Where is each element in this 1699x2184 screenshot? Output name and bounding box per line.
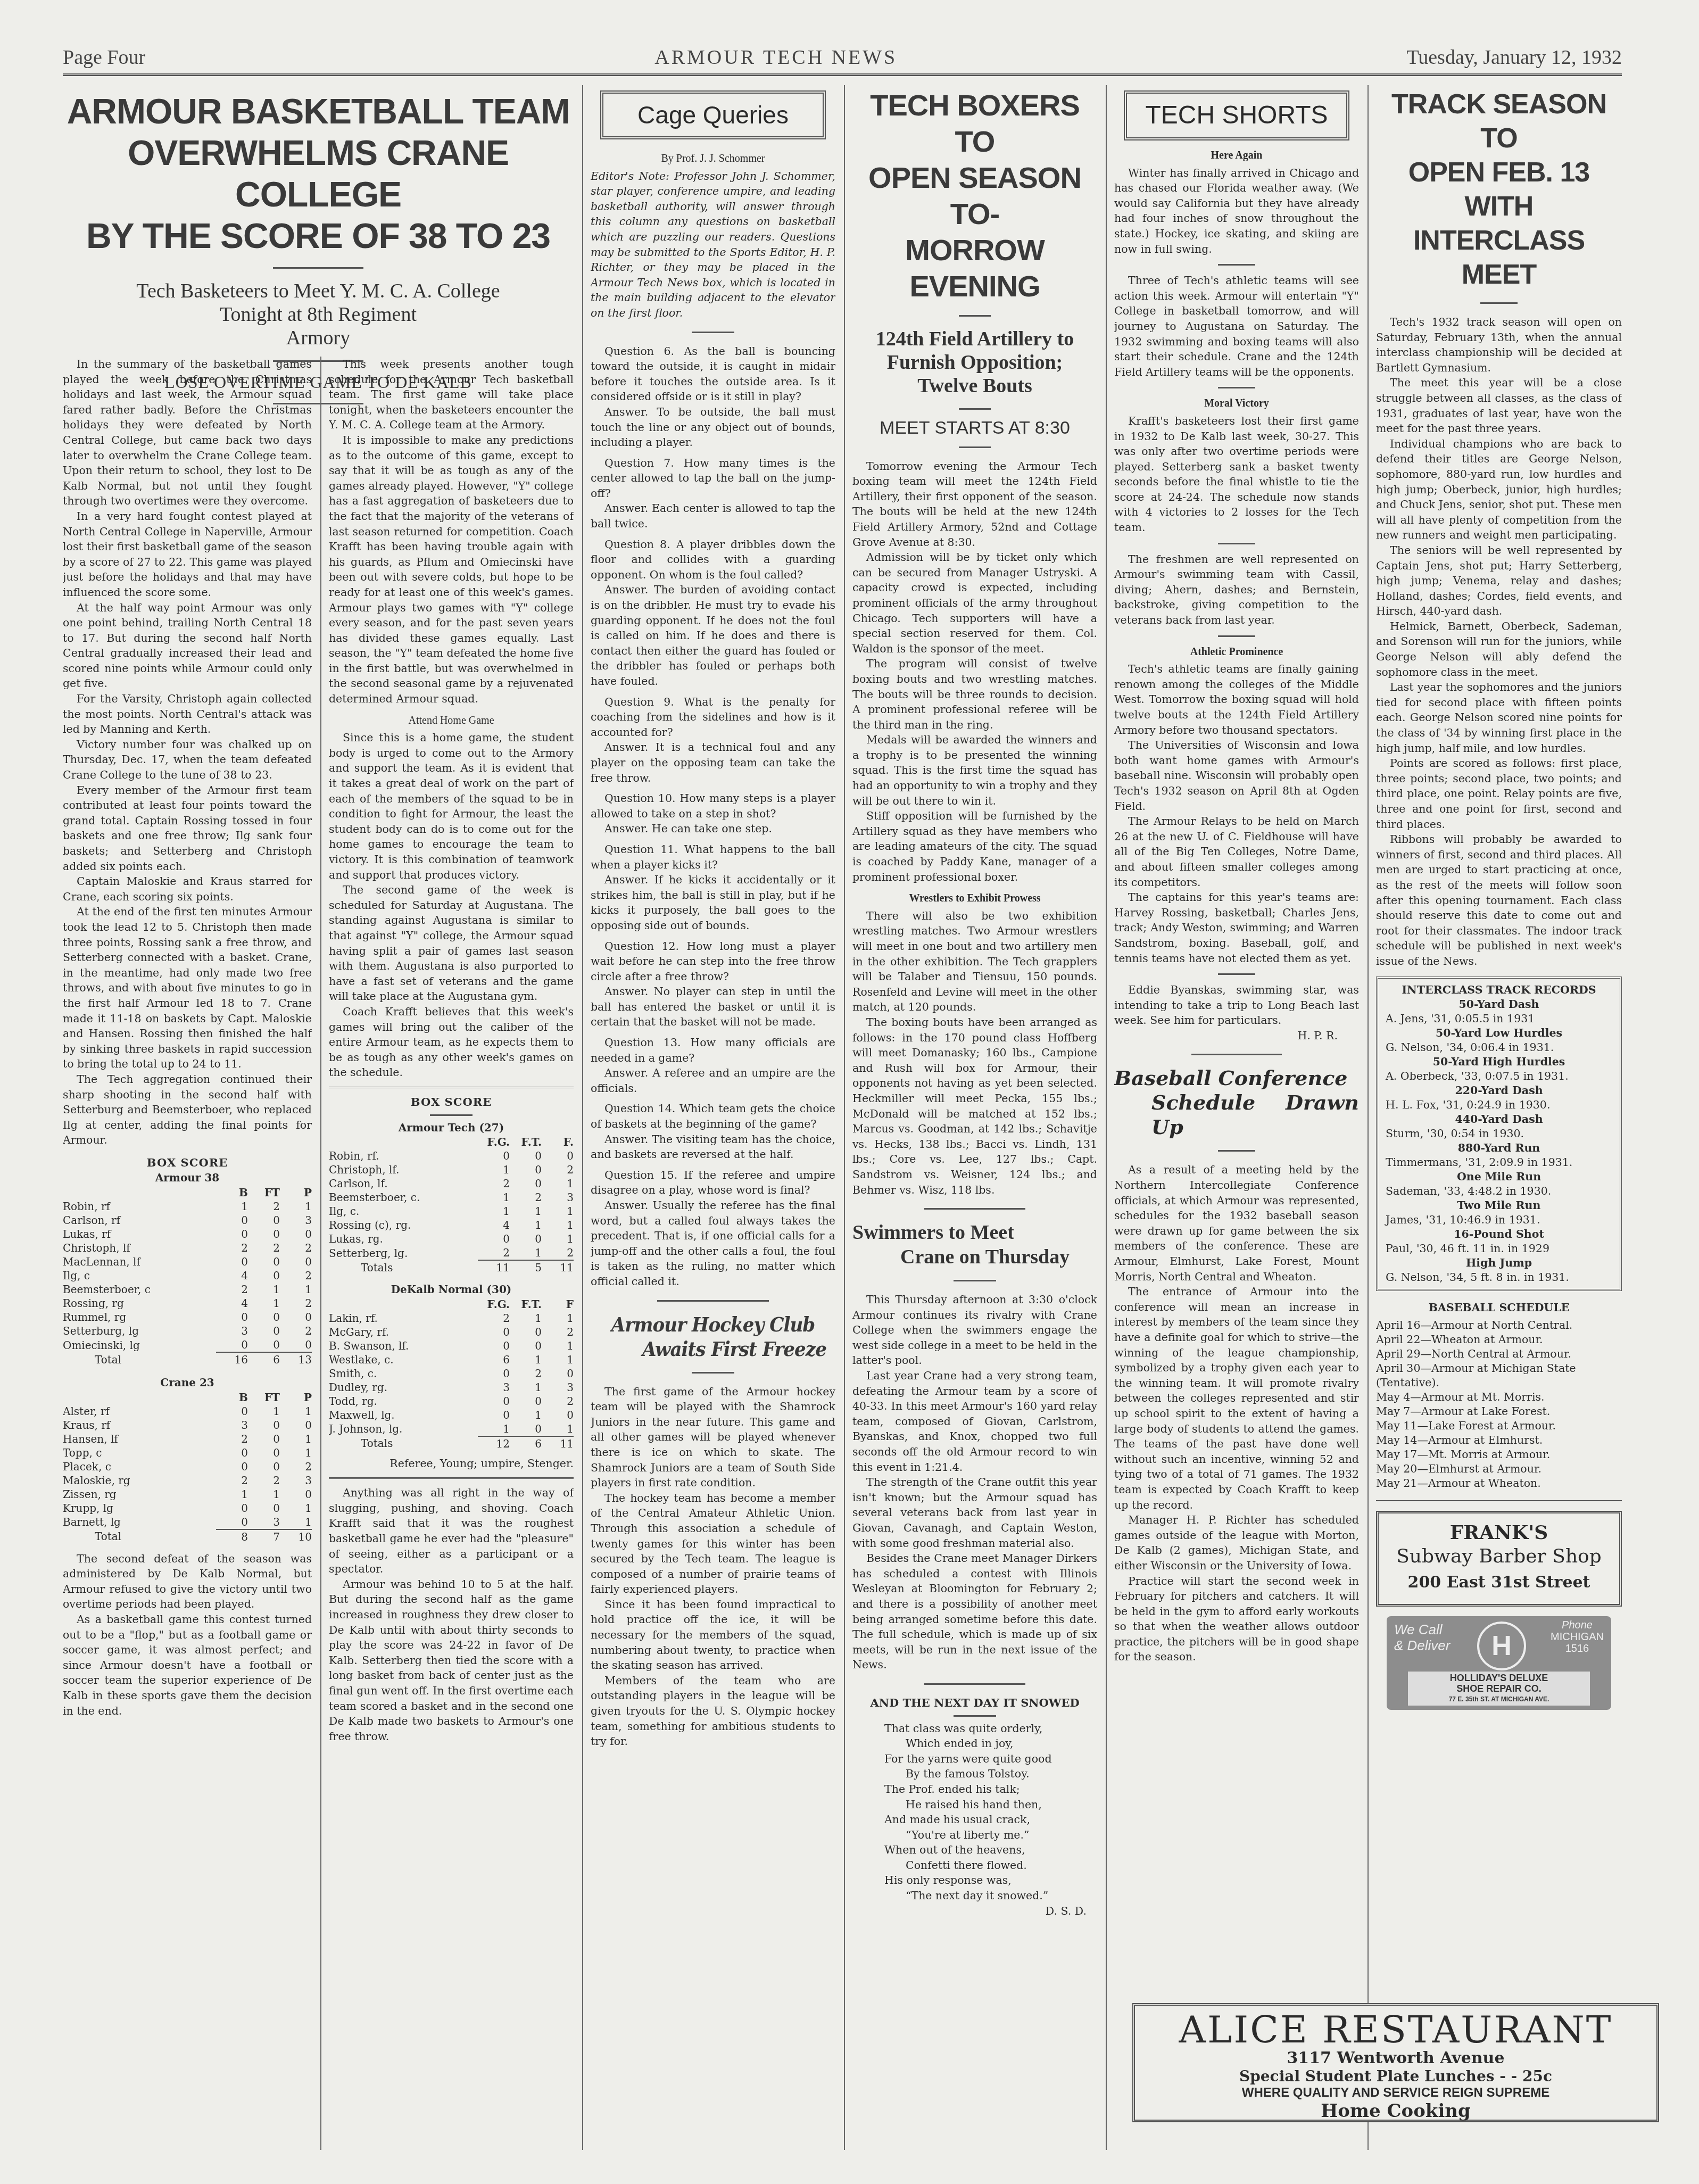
shorts-subhead: Athletic Prominence — [1114, 644, 1359, 660]
paragraph: The first game of the Armour hockey team… — [591, 1384, 835, 1491]
question: Question 10. How many steps is a player … — [591, 791, 835, 821]
hockey-headline: Armour Hockey Club Awaits First Freeze — [591, 1312, 835, 1361]
officials: Referee, Young; umpire, Stenger. — [329, 1456, 574, 1471]
franks-barber-ad: FRANK'S Subway Barber Shop 200 East 31st… — [1376, 1511, 1622, 1607]
paragraph: Tech's athletic teams are finally gainin… — [1114, 661, 1359, 738]
poem-line: By the famous Tolstoy. — [884, 1766, 1097, 1782]
page-label: Page Four — [63, 46, 145, 69]
table-row: Rossing, rg412 — [63, 1296, 312, 1310]
poem-line: That class was quite orderly, — [884, 1721, 1097, 1736]
paragraph: Besides the Crane meet Manager Dirkers h… — [852, 1551, 1097, 1673]
paragraph: Helmick, Barnett, Oberbeck, Sademan, and… — [1376, 619, 1622, 680]
poem-line: For the yarns were quite good — [884, 1751, 1097, 1767]
record-event: 880-Yard Run — [1386, 1141, 1612, 1155]
record-holder: G. Nelson, '34, 0:06.4 in 1931. — [1386, 1040, 1612, 1055]
question: Question 7. How many times is the center… — [591, 456, 835, 501]
poem: That class was quite orderly,Which ended… — [852, 1721, 1097, 1904]
table-row: Maxwell, lg.010 — [329, 1408, 574, 1422]
baseball-conference-headline: Baseball Conference Schedule Drawn Up — [1114, 1066, 1359, 1139]
poem-title: AND THE NEXT DAY IT SNOWED — [852, 1695, 1097, 1711]
table-row: Carlson, lf.201 — [329, 1177, 574, 1190]
paragraph: There will also be two exhibition wrestl… — [852, 908, 1097, 1015]
poem-line: “The next day it snowed.” — [884, 1888, 1097, 1904]
swimmers-headline: Swimmers to Meet Crane on Thursday — [852, 1220, 1097, 1269]
table-row: Beemsterboer, c.123 — [329, 1190, 574, 1204]
record-event: High Jump — [1386, 1256, 1612, 1270]
paragraph: In the summary of the basketball games p… — [63, 357, 312, 509]
paragraph: As a result of a meeting held by the Nor… — [1114, 1162, 1359, 1284]
lead-headline: ARMOUR BASKETBALL TEAM OVERWHELMS CRANE … — [63, 90, 574, 257]
record-holder: James, '31, 10:46.9 in 1931. — [1386, 1213, 1612, 1227]
poem-line: Confetti there flowed. — [884, 1858, 1097, 1873]
paragraph: Anything was all right in the way of slu… — [329, 1485, 574, 1577]
answer: Answer. A referee and an umpire are the … — [591, 1065, 835, 1096]
paragraph: The program will consist of twelve boxin… — [852, 656, 1097, 732]
attend-subhead: Attend Home Game — [329, 713, 574, 729]
record-holder: A. Oberbeck, '33, 0:07.5 in 1931. — [1386, 1069, 1612, 1083]
table-row: Omiecinski, lg000 — [63, 1338, 312, 1352]
paragraph: This Thursday afternoon at 3:30 o'clock … — [852, 1292, 1097, 1368]
table-row: Alster, rf011 — [63, 1404, 312, 1418]
record-holder: G. Nelson, '34, 5 ft. 8 in. in 1931. — [1386, 1270, 1612, 1285]
answer: Answer. No player can step in until the … — [591, 984, 835, 1030]
paragraph: Victory number four was chalked up on Th… — [63, 737, 312, 783]
paragraph: Krafft's basketeers lost their first gam… — [1114, 413, 1359, 535]
paragraph: The second game of the week is scheduled… — [329, 882, 574, 1004]
paragraph: Armour was behind 10 to 5 at the half. B… — [329, 1577, 574, 1744]
box-score-armour-38: BFTPRobin, rf121Carlson, rf003Lukas, rf0… — [63, 1186, 312, 1367]
record-holder: Paul, '30, 46 ft. 11 in. in 1929 — [1386, 1242, 1612, 1256]
column-4: TECH BOXERS TO OPEN SEASON TO- MORROW EV… — [852, 80, 1097, 2150]
schedule-item: April 30—Armour at Michigan State (Tenta… — [1376, 1361, 1622, 1390]
paragraph: The hockey team has become a member of t… — [591, 1491, 835, 1597]
table-row: Carlson, rf003 — [63, 1213, 312, 1227]
paragraph: Medals will be awarded the winners and a… — [852, 732, 1097, 808]
paragraph: Practice will start the second week in F… — [1114, 1574, 1359, 1665]
answer: Answer. He can take one step. — [591, 821, 835, 837]
schedule-item: April 16—Armour at North Central. — [1376, 1318, 1622, 1333]
table-row: Robin, rf.000 — [329, 1149, 574, 1163]
table-row: MacLennan, lf000 — [63, 1255, 312, 1269]
question: Question 8. A player dribbles down the f… — [591, 537, 835, 583]
poem-line: “You're at liberty me.” — [884, 1827, 1097, 1843]
poem-line: Which ended in joy, — [884, 1736, 1097, 1751]
answer: Answer. It is a technical foul and any p… — [591, 740, 835, 785]
paragraph: Stiff opposition will be furnished by th… — [852, 808, 1097, 884]
holliday-logo-icon: H — [1477, 1622, 1526, 1670]
question: Question 9. What is the penalty for coac… — [591, 694, 835, 740]
paragraph: The captains for this year's teams are: … — [1114, 890, 1359, 966]
issue-date: Tuesday, January 12, 1932 — [1406, 46, 1622, 69]
schedule-item: May 20—Elmhurst at Armour. — [1376, 1462, 1622, 1476]
masthead: Page Four ARMOUR TECH NEWS Tuesday, Janu… — [63, 43, 1622, 76]
paragraph: Points are scored as follows: first plac… — [1376, 756, 1622, 832]
record-event: 50-Yard Dash — [1386, 997, 1612, 1012]
poem-line: The Prof. ended his talk; — [884, 1782, 1097, 1797]
table-row: McGary, rf.002 — [329, 1325, 574, 1339]
paragraph: The Tech aggregation continued their sha… — [63, 1072, 312, 1148]
holliday-shoe-repair-ad: We Call & Deliver H Phone MICHIGAN 1516 … — [1387, 1616, 1611, 1710]
answer: Answer. To be outside, the ball must tou… — [591, 404, 835, 450]
answer: Answer. Each center is allowed to tap th… — [591, 501, 835, 531]
table-row: Kraus, rf300 — [63, 1418, 312, 1432]
table-row: Maloskie, rg223 — [63, 1474, 312, 1487]
box-score-crane-23: BFTPAlster, rf011Kraus, rf300Hansen, lf2… — [63, 1391, 312, 1544]
paragraph: It is impossible to make any predictions… — [329, 433, 574, 707]
table-row: Lakin, rf.211 — [329, 1311, 574, 1325]
table-row: Christoph, lf.102 — [329, 1163, 574, 1177]
answer: Answer. Usually the referee has the fina… — [591, 1198, 835, 1289]
paragraph: The strength of the Crane outfit this ye… — [852, 1475, 1097, 1551]
column-6: TRACK SEASON TO OPEN FEB. 13 WITH INTERC… — [1376, 80, 1622, 2150]
paragraph: Three of Tech's athletic teams will see … — [1114, 273, 1359, 379]
table-row: Ilg, c.111 — [329, 1204, 574, 1218]
paragraph: Last year the sophomores and the juniors… — [1376, 680, 1622, 756]
question: Question 14. Which team gets the choice … — [591, 1101, 835, 1131]
table-row: J. Johnson, lg.101 — [329, 1422, 574, 1436]
column-1: In the summary of the basketball games p… — [63, 357, 312, 2150]
poem-line: His only response was, — [884, 1873, 1097, 1888]
paragraph: The boxing bouts have been arranged as f… — [852, 1015, 1097, 1197]
baseball-schedule: BASEBALL SCHEDULE April 16—Armour at Nor… — [1376, 1301, 1622, 1491]
table-row: Placek, c002 — [63, 1460, 312, 1474]
paragraph: In a very hard fought contest played at … — [63, 509, 312, 600]
paragraph: The Universities of Wisconsin and Iowa b… — [1114, 738, 1359, 814]
table-row: Todd, rg.002 — [329, 1394, 574, 1408]
paragraph: For the Varsity, Christoph again collect… — [63, 691, 312, 737]
table-row: Setterburg, lg302 — [63, 1324, 312, 1338]
track-records-box: INTERCLASS TRACK RECORDS 50-Yard DashA. … — [1376, 977, 1622, 1291]
paragraph: The seniors will be well represented by … — [1376, 543, 1622, 619]
paragraph: The entrance of Armour into the conferen… — [1114, 1284, 1359, 1512]
schedule-item: April 22—Wheaton at Armour. — [1376, 1333, 1622, 1347]
table-row: Smith, c.020 — [329, 1367, 574, 1380]
record-event: 50-Yard High Hurdles — [1386, 1055, 1612, 1069]
paragraph: Captain Maloskie and Kraus starred for C… — [63, 874, 312, 904]
record-event: Two Mile Run — [1386, 1198, 1612, 1213]
table-row: Krupp, lg001 — [63, 1501, 312, 1515]
paragraph: At the end of the first ten minutes Armo… — [63, 904, 312, 1072]
paragraph: The meet this year will be a close strug… — [1376, 375, 1622, 436]
table-row: Lukas, rf000 — [63, 1227, 312, 1241]
table-row: Hansen, lf201 — [63, 1432, 312, 1446]
table-row: Topp, c001 — [63, 1446, 312, 1460]
schedule-item: May 21—Armour at Wheaton. — [1376, 1476, 1622, 1491]
record-event: 440-Yard Dash — [1386, 1112, 1612, 1127]
answer: Answer. The burden of avoiding contact i… — [591, 582, 835, 689]
paragraph: The Armour Relays to be held on March 26… — [1114, 814, 1359, 890]
boxers-deck: 124th Field Artillery to Furnish Opposit… — [852, 327, 1097, 398]
paragraph: Tech's 1932 track season will open on Sa… — [1376, 315, 1622, 375]
paragraph: The second defeat of the season was admi… — [63, 1551, 312, 1612]
tech-shorts-box: TECH SHORTS — [1124, 90, 1349, 140]
question: Question 12. How long must a player wait… — [591, 939, 835, 985]
paragraph: Since this is a home game, the student b… — [329, 730, 574, 882]
record-event: 50-Yard Low Hurdles — [1386, 1026, 1612, 1040]
paragraph: Members of the team who are outstanding … — [591, 1673, 835, 1749]
columns: ARMOUR BASKETBALL TEAM OVERWHELMS CRANE … — [63, 80, 1622, 2161]
paragraph: Every member of the Armour first team co… — [63, 783, 312, 874]
newspaper-page: Page Four ARMOUR TECH NEWS Tuesday, Janu… — [63, 43, 1622, 2161]
table-row: Zissen, rg110 — [63, 1487, 312, 1501]
table-row: Ilg, c402 — [63, 1269, 312, 1283]
table-row: Beemsterboer, c211 — [63, 1283, 312, 1296]
schedule-item: May 14—Armour at Elmhurst. — [1376, 1433, 1622, 1447]
question: Question 6. As the ball is bouncing towa… — [591, 344, 835, 404]
paragraph: Individual champions who are back to def… — [1376, 436, 1622, 543]
table-row: Rossing (c), rg.411 — [329, 1218, 574, 1232]
schedule-item: April 29—North Central at Armour. — [1376, 1347, 1622, 1361]
table-row: Christoph, lf222 — [63, 1241, 312, 1255]
record-holder: A. Jens, '31, 0:05.5 in 1931 — [1386, 1012, 1612, 1026]
box-score-armour-27: F.G.F.T.F.Robin, rf.000Christoph, lf.102… — [329, 1135, 574, 1275]
paragraph: As a basketball game this contest turned… — [63, 1612, 312, 1718]
schedule-item: May 7—Armour at Lake Forest. — [1376, 1404, 1622, 1419]
paragraph: Admission will be by ticket only which c… — [852, 550, 1097, 656]
schedule-item: May 4—Armour at Mt. Morris. — [1376, 1390, 1622, 1404]
table-row: Westlake, c.611 — [329, 1353, 574, 1367]
cage-queries-box: Cage Queries — [600, 90, 826, 139]
shorts-subhead: Moral Victory — [1114, 396, 1359, 411]
paragraph: Eddie Byanskas, swimming star, was inten… — [1114, 982, 1359, 1028]
lead-deck: Tech Basketeers to Meet Y. M. C. A. Coll… — [63, 279, 574, 350]
record-holder: Sturm, '30, 0:54 in 1930. — [1386, 1127, 1612, 1141]
column-5: TECH SHORTS Here AgainWinter has finally… — [1114, 80, 1359, 2150]
paragraph: Tomorrow evening the Armour Tech boxing … — [852, 459, 1097, 550]
poem-line: He raised his hand then, — [884, 1797, 1097, 1813]
paragraph: Coach Krafft believes that this week's g… — [329, 1004, 574, 1080]
schedule-item: May 11—Lake Forest at Armour. — [1376, 1419, 1622, 1433]
paragraph: At the half way point Armour was only on… — [63, 600, 312, 692]
paragraph: Last year Crane had a very strong team, … — [852, 1368, 1097, 1475]
table-row: Barnett, lg031 — [63, 1515, 312, 1529]
record-holder: Timmermans, '31, 2:09.9 in 1931. — [1386, 1155, 1612, 1170]
track-headline: TRACK SEASON TO OPEN FEB. 13 WITH INTERC… — [1376, 87, 1622, 292]
record-event: One Mile Run — [1386, 1170, 1612, 1184]
answer: Answer. The visiting team has the choice… — [591, 1132, 835, 1162]
paragraph: Ribbons will probably be awarded to winn… — [1376, 832, 1622, 969]
paper-name: ARMOUR TECH NEWS — [654, 46, 897, 69]
paragraph: This week presents another tough schedul… — [329, 357, 574, 433]
table-row: Setterberg, lg.212 — [329, 1246, 574, 1260]
record-event: 16-Pound Shot — [1386, 1227, 1612, 1242]
record-holder: H. L. Fox, '31, 0:24.9 in 1930. — [1386, 1098, 1612, 1112]
alice-restaurant-ad: ALICE RESTAURANT 3117 Wentworth Avenue S… — [1132, 2003, 1659, 2122]
paragraph: The freshmen are well represented on Arm… — [1114, 552, 1359, 628]
table-row: Lukas, rg.001 — [329, 1232, 574, 1246]
paragraph: Manager H. P. Richter has scheduled game… — [1114, 1512, 1359, 1573]
table-row: B. Swanson, lf.001 — [329, 1339, 574, 1353]
record-event: 220-Yard Dash — [1386, 1083, 1612, 1098]
paragraph: Winter has finally arrived in Chicago an… — [1114, 166, 1359, 257]
question: Question 13. How many officials are need… — [591, 1035, 835, 1065]
column-3: Cage Queries By Prof. J. J. Schommer Edi… — [591, 80, 835, 2150]
column-2: This week presents another tough schedul… — [329, 357, 574, 2150]
boxers-headline: TECH BOXERS TO OPEN SEASON TO- MORROW EV… — [852, 87, 1097, 304]
shorts-subhead: Here Again — [1114, 148, 1359, 163]
schedule-item: May 17—Mt. Morris at Armour. — [1376, 1447, 1622, 1462]
table-row: Dudley, rg.313 — [329, 1380, 574, 1394]
answer: Answer. If he kicks it accidentally or i… — [591, 872, 835, 933]
record-holder: Sademan, '33, 4:48.2 in 1930. — [1386, 1184, 1612, 1198]
question: Question 15. If the referee and umpire d… — [591, 1168, 835, 1198]
paragraph: Since it has been found impractical to h… — [591, 1597, 835, 1673]
poem-line: When out of the heavens, — [884, 1842, 1097, 1858]
table-row: Rummel, rg000 — [63, 1310, 312, 1324]
poem-line: And made his usual crack, — [884, 1812, 1097, 1827]
table-row: Robin, rf121 — [63, 1199, 312, 1213]
box-score-dekalb-30: F.G.F.T.FLakin, rf.211McGary, rf.002B. S… — [329, 1297, 574, 1451]
question: Question 11. What happens to the ball wh… — [591, 842, 835, 872]
